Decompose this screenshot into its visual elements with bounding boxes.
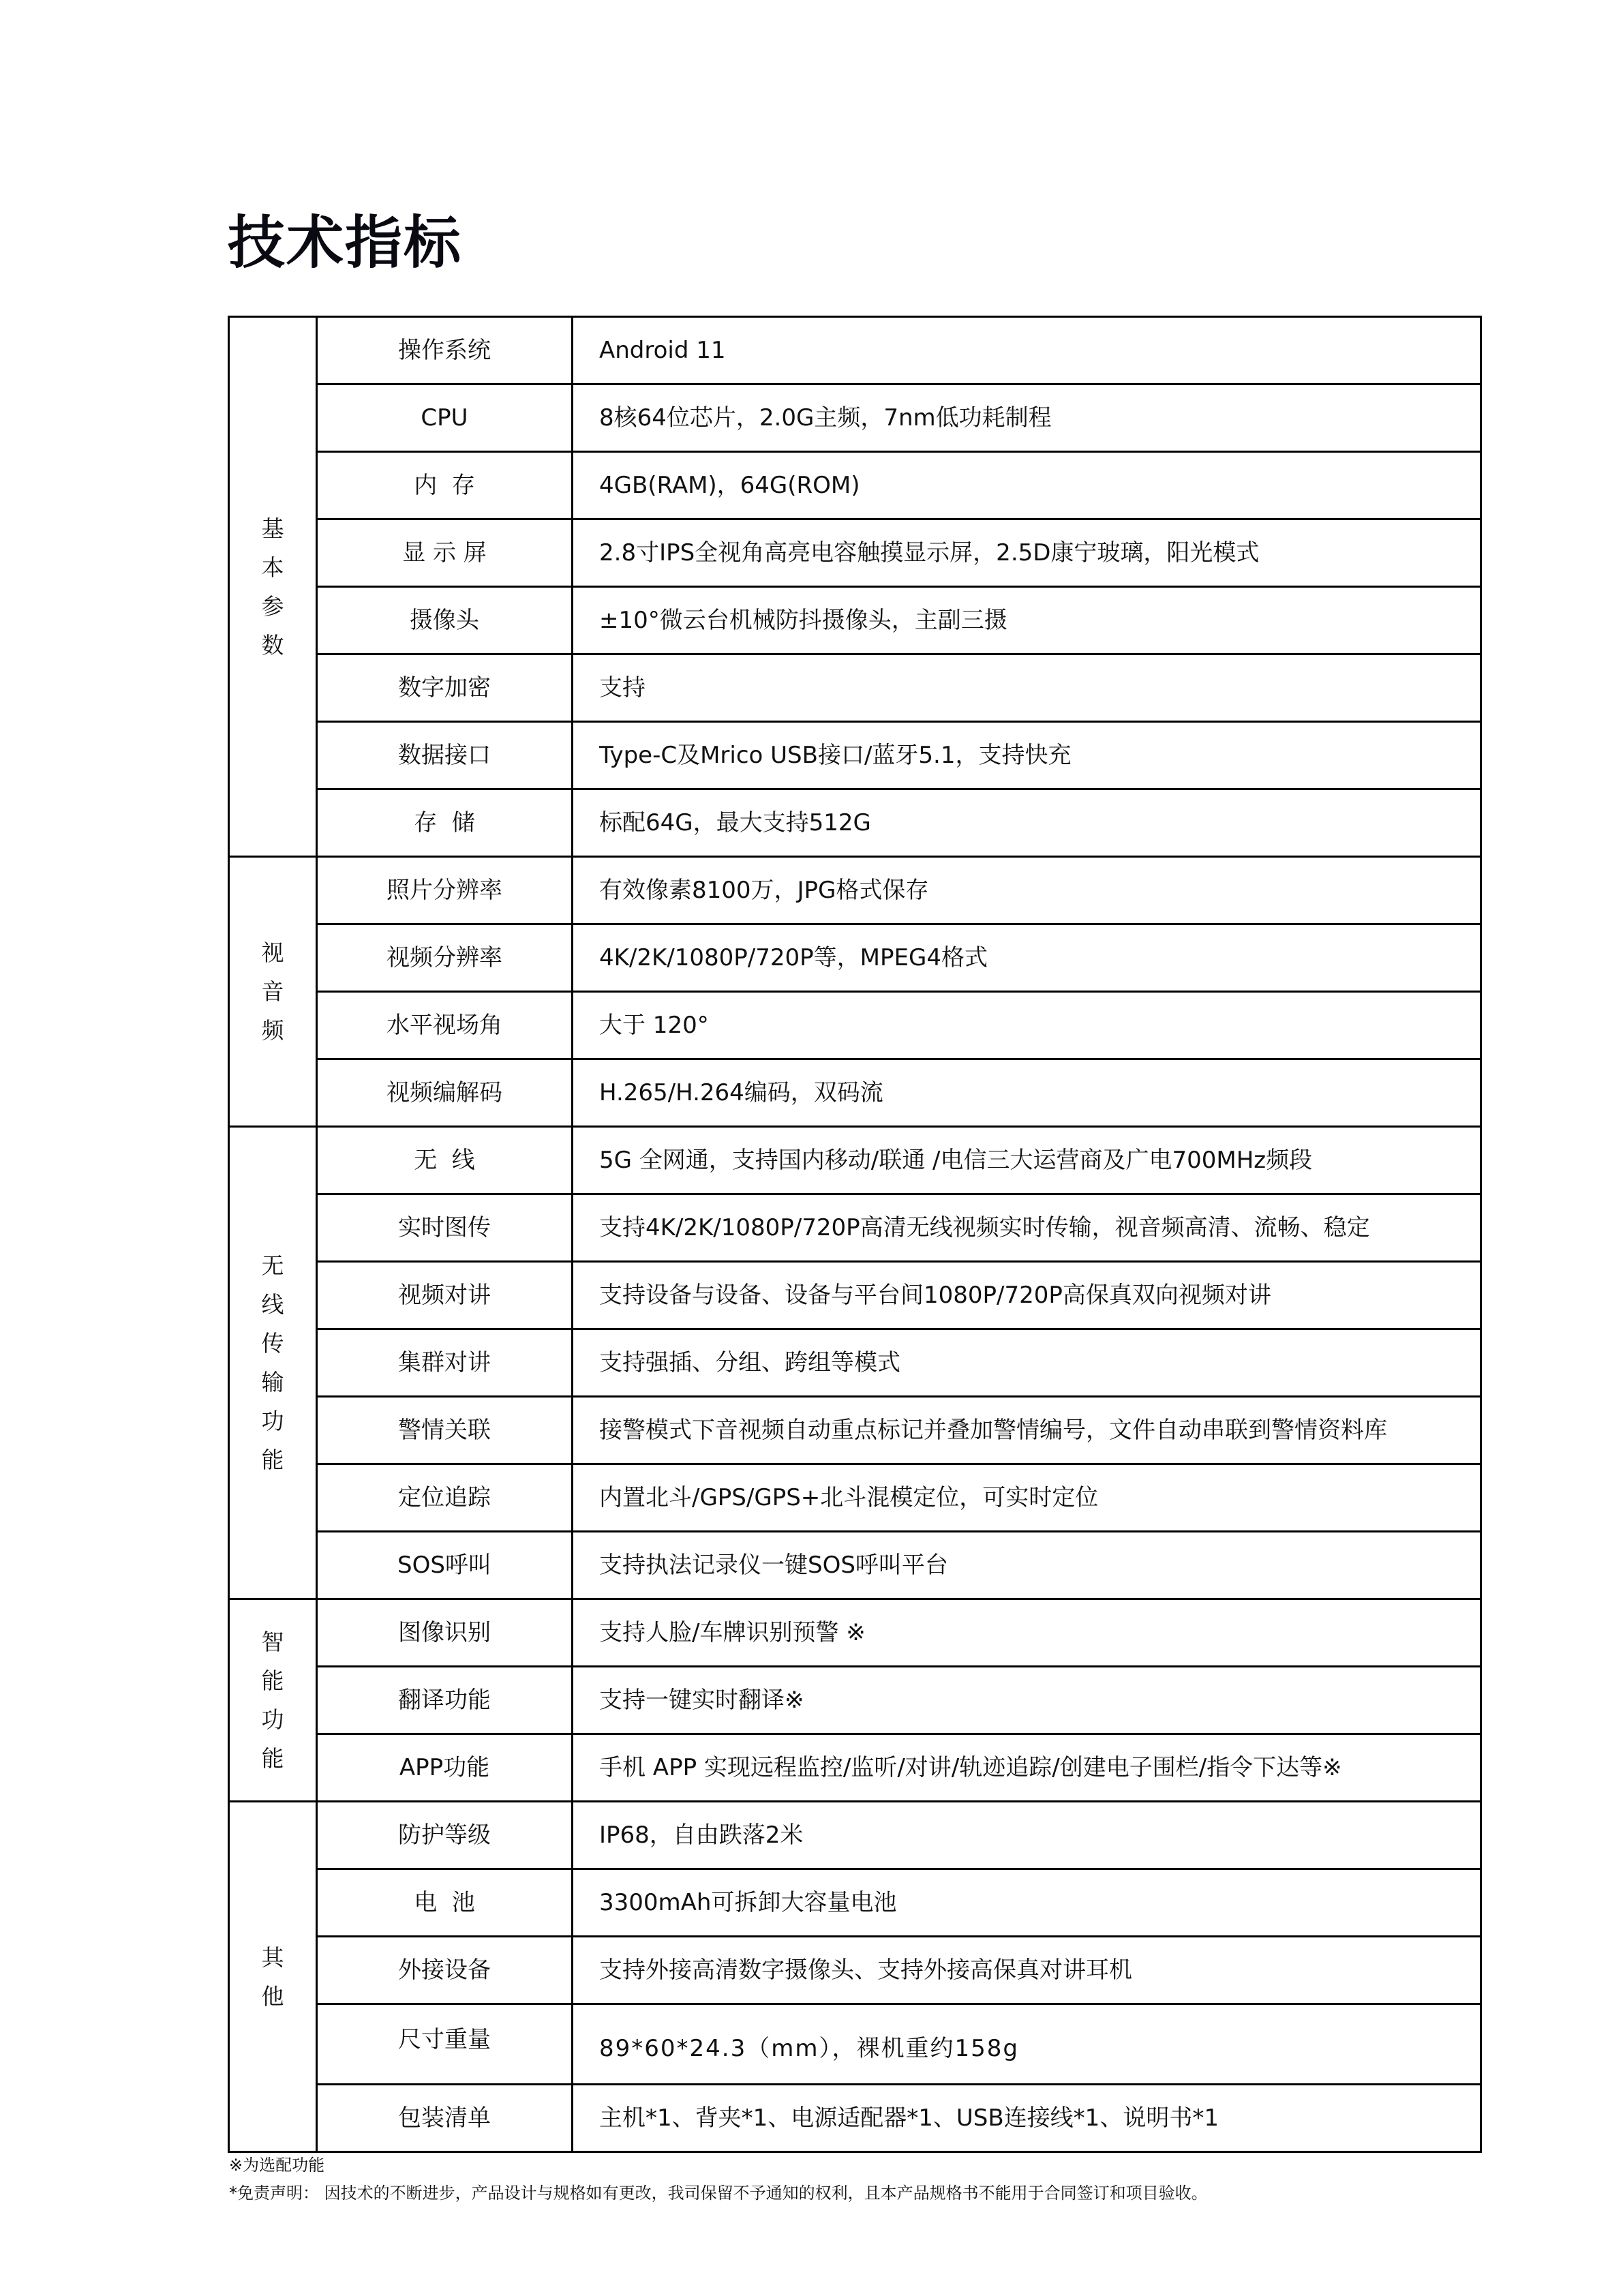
spec-value: ±10°微云台机械防抖摄像头，主副三摄 [573, 587, 1481, 654]
table-row: 包装清单 主机*1、背夹*1、电源适配器*1、USB连接线*1、说明书*1 [229, 2085, 1481, 2152]
table-row: 翻译功能 支持一键实时翻译※ [229, 1667, 1481, 1734]
spec-value: 支持强插、分组、跨组等模式 [573, 1329, 1481, 1397]
spec-label: 存 储 [317, 789, 573, 857]
spec-value: 标配64G，最大支持512G [573, 789, 1481, 857]
spec-value: 支持 [573, 654, 1481, 722]
spec-label: 显 示 屏 [317, 519, 573, 587]
spec-label: 外接设备 [317, 1937, 573, 2004]
spec-value: 4K/2K/1080P/720P等，MPEG4格式 [573, 924, 1481, 992]
spec-value: 3300mAh可拆卸大容量电池 [573, 1869, 1481, 1937]
spec-label: 数字加密 [317, 654, 573, 722]
table-row: 内 存 4GB(RAM)，64G(ROM) [229, 452, 1481, 519]
section-label: 基本参数 [229, 317, 317, 857]
section-label: 视音频 [229, 857, 317, 1127]
spec-value: 大于 120° [573, 992, 1481, 1059]
spec-label: CPU [317, 384, 573, 452]
table-row: 存 储 标配64G，最大支持512G [229, 789, 1481, 857]
spec-label: 包装清单 [317, 2085, 573, 2152]
table-row: 摄像头 ±10°微云台机械防抖摄像头，主副三摄 [229, 587, 1481, 654]
spec-label: 防护等级 [317, 1802, 573, 1869]
table-row: SOS呼叫 支持执法记录仪一键SOS呼叫平台 [229, 1532, 1481, 1599]
table-row: APP功能 手机 APP 实现远程监控/监听/对讲/轨迹追踪/创建电子围栏/指令… [229, 1734, 1481, 1802]
spec-value: 主机*1、背夹*1、电源适配器*1、USB连接线*1、说明书*1 [573, 2085, 1481, 2152]
table-row: 视频对讲 支持设备与设备、设备与平台间1080P/720P高保真双向视频对讲 [229, 1262, 1481, 1329]
page-title: 技术指标 [228, 209, 462, 277]
spec-value: 支持设备与设备、设备与平台间1080P/720P高保真双向视频对讲 [573, 1262, 1481, 1329]
section-label: 无线传输功能 [229, 1127, 317, 1599]
spec-value: Type-C及Mrico USB接口/蓝牙5.1，支持快充 [573, 722, 1481, 789]
spec-value: 手机 APP 实现远程监控/监听/对讲/轨迹追踪/创建电子围栏/指令下达等※ [573, 1734, 1481, 1802]
spec-value: 支持执法记录仪一键SOS呼叫平台 [573, 1532, 1481, 1599]
spec-label: 图像识别 [317, 1599, 573, 1667]
spec-value: 接警模式下音视频自动重点标记并叠加警情编号，文件自动串联到警情资料库 [573, 1397, 1481, 1464]
section-label: 智能功能 [229, 1599, 317, 1802]
spec-value: 支持4K/2K/1080P/720P高清无线视频实时传输，视音频高清、流畅、稳定 [573, 1194, 1481, 1262]
table-row: 实时图传 支持4K/2K/1080P/720P高清无线视频实时传输，视音频高清、… [229, 1194, 1481, 1262]
table-row: 其他 防护等级 IP68，自由跌落2米 [229, 1802, 1481, 1869]
spec-value: H.265/H.264编码，双码流 [573, 1059, 1481, 1127]
spec-label: APP功能 [317, 1734, 573, 1802]
spec-label: 水平视场角 [317, 992, 573, 1059]
spec-value: 有效像素8100万，JPG格式保存 [573, 857, 1481, 924]
optional-feature-note: ※为选配功能 [229, 2156, 324, 2175]
spec-label: 翻译功能 [317, 1667, 573, 1734]
spec-value: 内置北斗/GPS/GPS+北斗混模定位，可实时定位 [573, 1464, 1481, 1532]
spec-label: 警情关联 [317, 1397, 573, 1464]
table-row: 无线传输功能 无 线 5G 全网通，支持国内移动/联通 /电信三大运营商及广电7… [229, 1127, 1481, 1194]
spec-value: 4GB(RAM)，64G(ROM) [573, 452, 1481, 519]
spec-label: 实时图传 [317, 1194, 573, 1262]
spec-value: 支持人脸/车牌识别预警 ※ [573, 1599, 1481, 1667]
spec-value: 8核64位芯片，2.0G主频，7nm低功耗制程 [573, 384, 1481, 452]
spec-value: 支持外接高清数字摄像头、支持外接高保真对讲耳机 [573, 1937, 1481, 2004]
spec-label: 定位追踪 [317, 1464, 573, 1532]
spec-label: 操作系统 [317, 317, 573, 384]
spec-table: 基本参数 操作系统 Android 11 CPU 8核64位芯片，2.0G主频，… [228, 316, 1482, 2153]
table-row: 外接设备 支持外接高清数字摄像头、支持外接高保真对讲耳机 [229, 1937, 1481, 2004]
table-row: 水平视场角 大于 120° [229, 992, 1481, 1059]
spec-value: 89*60*24.3（mm），裸机重约158g [573, 2004, 1481, 2085]
spec-label: SOS呼叫 [317, 1532, 573, 1599]
table-row: 数字加密 支持 [229, 654, 1481, 722]
table-row: 定位追踪 内置北斗/GPS/GPS+北斗混模定位，可实时定位 [229, 1464, 1481, 1532]
spec-label: 电 池 [317, 1869, 573, 1937]
table-row: 数据接口 Type-C及Mrico USB接口/蓝牙5.1，支持快充 [229, 722, 1481, 789]
spec-value: 支持一键实时翻译※ [573, 1667, 1481, 1734]
spec-label: 无 线 [317, 1127, 573, 1194]
spec-label: 摄像头 [317, 587, 573, 654]
spec-label: 视频对讲 [317, 1262, 573, 1329]
spec-value: 5G 全网通，支持国内移动/联通 /电信三大运营商及广电700MHz频段 [573, 1127, 1481, 1194]
spec-label: 尺寸重量 [317, 2004, 573, 2085]
spec-label: 视频分辨率 [317, 924, 573, 992]
spec-label: 内 存 [317, 452, 573, 519]
table-row: CPU 8核64位芯片，2.0G主频，7nm低功耗制程 [229, 384, 1481, 452]
table-row: 视音频 照片分辨率 有效像素8100万，JPG格式保存 [229, 857, 1481, 924]
spec-label: 集群对讲 [317, 1329, 573, 1397]
spec-value: IP68，自由跌落2米 [573, 1802, 1481, 1869]
spec-label: 照片分辨率 [317, 857, 573, 924]
spec-value: 2.8寸IPS全视角高亮电容触摸显示屏，2.5D康宁玻璃，阳光模式 [573, 519, 1481, 587]
table-row: 智能功能 图像识别 支持人脸/车牌识别预警 ※ [229, 1599, 1481, 1667]
table-row: 集群对讲 支持强插、分组、跨组等模式 [229, 1329, 1481, 1397]
table-row: 显 示 屏 2.8寸IPS全视角高亮电容触摸显示屏，2.5D康宁玻璃，阳光模式 [229, 519, 1481, 587]
spec-label: 数据接口 [317, 722, 573, 789]
table-row: 视频编解码 H.265/H.264编码，双码流 [229, 1059, 1481, 1127]
disclaimer-note: *免责声明： 因技术的不断进步，产品设计与规格如有更改，我司保留不予通知的权利，… [229, 2184, 1208, 2203]
section-label: 其他 [229, 1802, 317, 2152]
table-row: 视频分辨率 4K/2K/1080P/720P等，MPEG4格式 [229, 924, 1481, 992]
table-row: 警情关联 接警模式下音视频自动重点标记并叠加警情编号，文件自动串联到警情资料库 [229, 1397, 1481, 1464]
spec-value: Android 11 [573, 317, 1481, 384]
table-row: 基本参数 操作系统 Android 11 [229, 317, 1481, 384]
spec-label: 视频编解码 [317, 1059, 573, 1127]
table-row: 电 池 3300mAh可拆卸大容量电池 [229, 1869, 1481, 1937]
table-row: 尺寸重量 89*60*24.3（mm），裸机重约158g [229, 2004, 1481, 2085]
